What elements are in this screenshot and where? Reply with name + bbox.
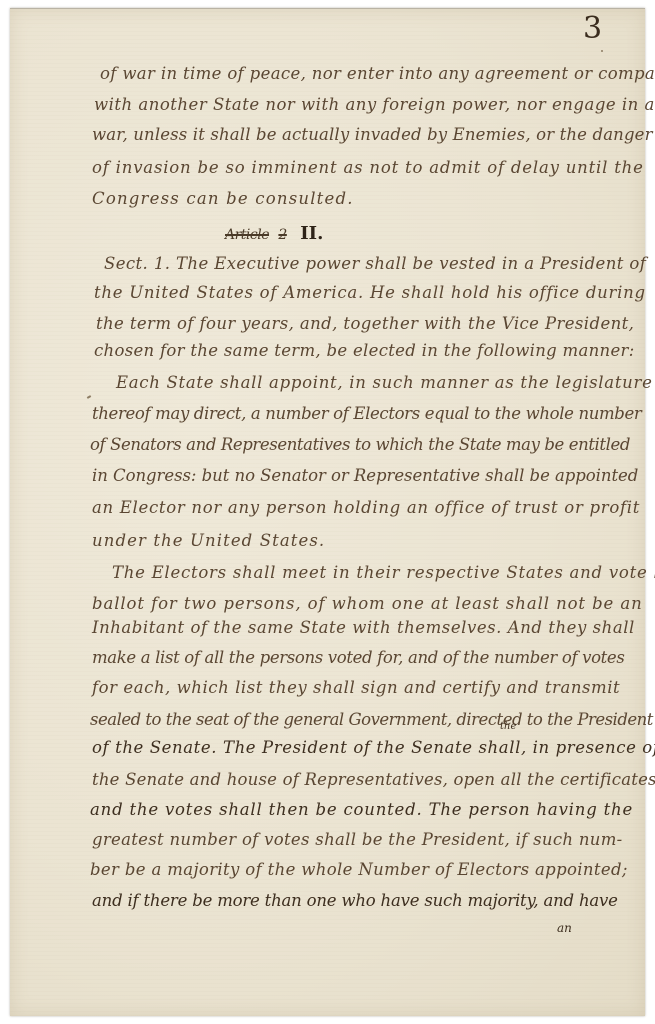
text-line: chosen for the same term, be elected in … bbox=[94, 343, 635, 360]
text-line: of invasion be so imminent as not to adm… bbox=[92, 160, 644, 177]
interlinear-insertion: the bbox=[500, 722, 516, 732]
text-line: with another State nor with any foreign … bbox=[94, 97, 655, 114]
page-number: 3 bbox=[583, 14, 602, 44]
text-line: the term of four years, and, together wi… bbox=[96, 316, 634, 333]
paragraph-start-line: The Electors shall meet in their respect… bbox=[112, 565, 655, 582]
text-line: of war in time of peace, nor enter into … bbox=[100, 66, 620, 83]
section-heading-line: Sect. 1. The Executive power shall be ve… bbox=[104, 256, 646, 273]
text-line: war, unless it shall be actually invaded… bbox=[92, 127, 653, 144]
text-line: and if there be more than one who have s… bbox=[92, 893, 618, 910]
text-line: Inhabitant of the same State with themse… bbox=[92, 620, 635, 637]
text-line: of Senators and Representatives to which… bbox=[90, 437, 630, 454]
text-line: greatest number of votes shall be the Pr… bbox=[92, 832, 623, 849]
paragraph-start-line: Each State shall appoint, in such manner… bbox=[116, 375, 653, 392]
text-line: in Congress: but no Senator or Represent… bbox=[92, 468, 638, 485]
text-line: sealed to the seat of the general Govern… bbox=[90, 712, 653, 729]
text-line: the Senate and house of Representatives,… bbox=[92, 772, 655, 789]
text-line: an Elector nor any person holding an off… bbox=[92, 500, 640, 517]
struck-heading-word: Article bbox=[225, 227, 269, 243]
article-numeral: II. bbox=[300, 223, 323, 244]
text-line: for each, which list they shall sign and… bbox=[92, 680, 620, 697]
text-line: make a list of all the persons voted for… bbox=[92, 650, 624, 667]
text-line: under the United States. bbox=[92, 533, 325, 550]
ink-dot bbox=[601, 50, 603, 52]
text-line: of the Senate. The President of the Sena… bbox=[92, 740, 655, 757]
text-line: ballot for two persons, of whom one at l… bbox=[92, 596, 643, 613]
article-heading: Article 2 II. bbox=[225, 225, 323, 243]
text-line: thereof may direct, a number of Electors… bbox=[92, 406, 641, 423]
text-line: and the votes shall then be counted. The… bbox=[90, 802, 633, 819]
text-line: Congress can be consulted. bbox=[92, 191, 354, 208]
text-line: the United States of America. He shall h… bbox=[94, 285, 646, 302]
struck-heading-number: 2 bbox=[278, 227, 286, 243]
catchword: an bbox=[557, 922, 572, 934]
text-line: ber be a majority of the whole Number of… bbox=[90, 862, 628, 879]
